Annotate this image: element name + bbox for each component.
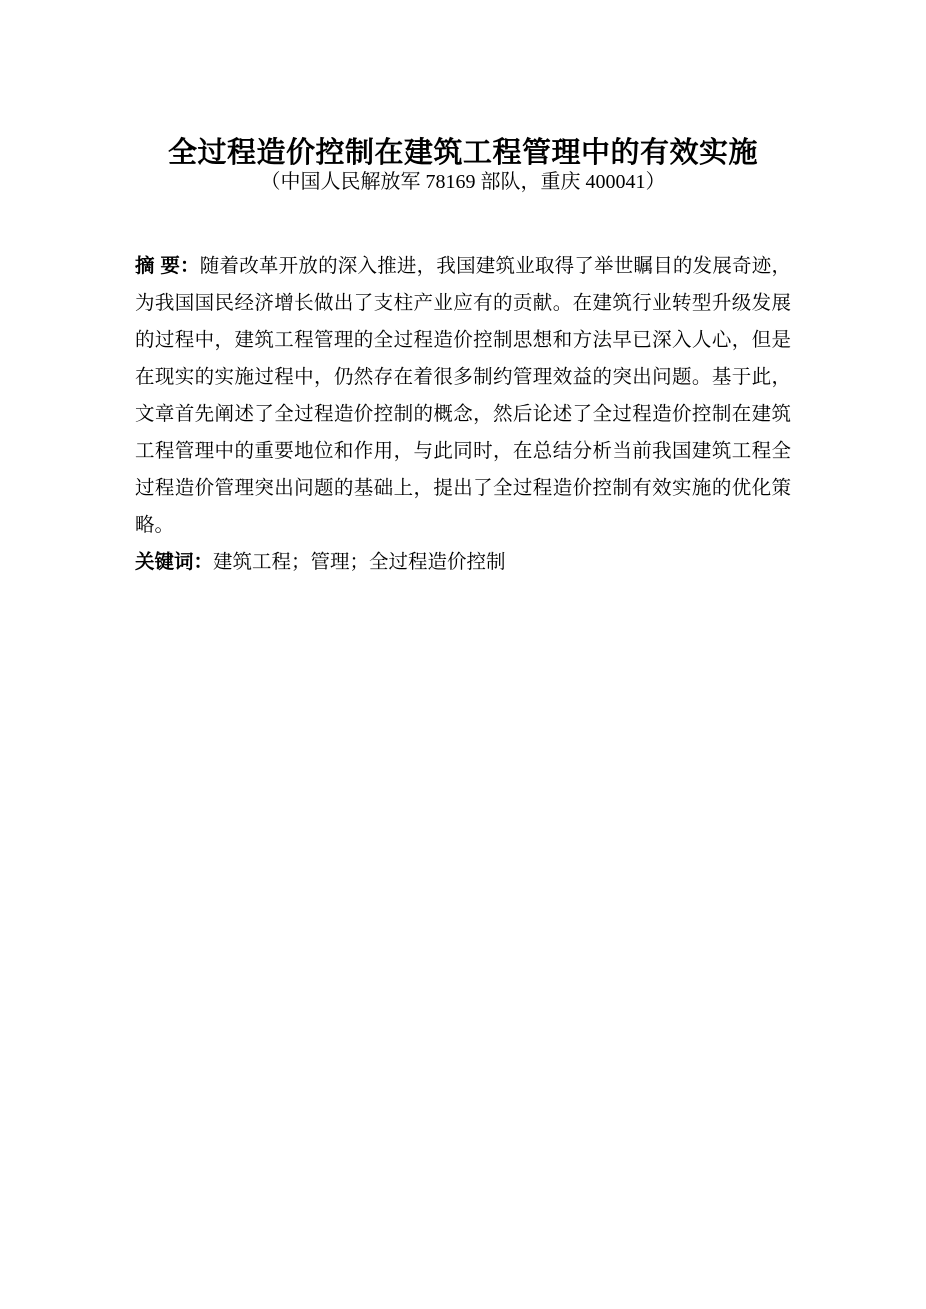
keywords-text: 建筑工程；管理；全过程造价控制 <box>213 552 506 573</box>
keywords-line: 关键词：建筑工程；管理；全过程造价控制 <box>135 547 791 578</box>
document-page: 全过程造价控制在建筑工程管理中的有效实施 （中国人民解放军 78169 部队，重… <box>0 0 926 1309</box>
abstract-paragraph: 摘 要：随着改革开放的深入推进，我国建筑业取得了举世瞩目的发展奇迹，为我国国民经… <box>135 248 791 544</box>
author-affiliation: （中国人民解放军 78169 部队，重庆 400041） <box>0 167 926 197</box>
abstract-label: 摘 要： <box>135 255 200 277</box>
keywords-label: 关键词： <box>135 551 213 573</box>
abstract-text: 随着改革开放的深入推进，我国建筑业取得了举世瞩目的发展奇迹，为我国国民经济增长做… <box>135 256 791 536</box>
